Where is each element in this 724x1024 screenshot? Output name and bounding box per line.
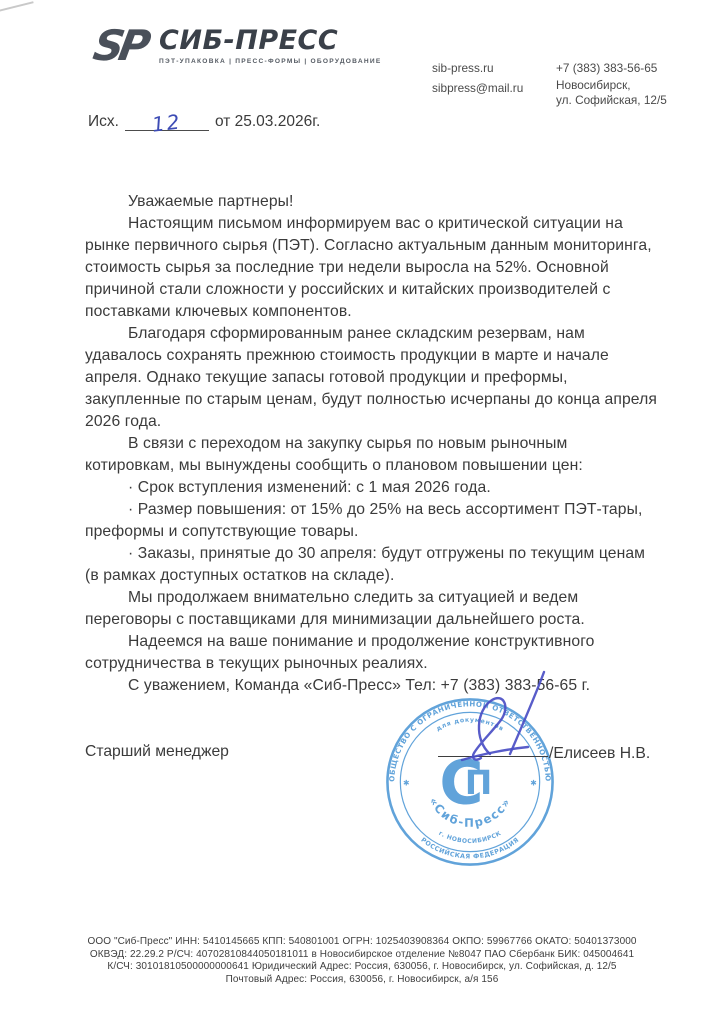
- footer-requisites: ООО "Сиб-Пресс" ИНН: 5410145665 КПП: 540…: [0, 936, 724, 986]
- letter-paragraph: Настоящим письмом информируем вас о крит…: [85, 213, 660, 323]
- letter-body: Уважаемые партнеры! Настоящим письмом ин…: [85, 191, 660, 697]
- footer-line: Почтовый Адрес: Россия, 630056, г. Новос…: [0, 974, 724, 987]
- footer-line: ООО "Сиб-Пресс" ИНН: 5410145665 КПП: 540…: [0, 936, 724, 949]
- stamp-city-text: г. НОВОСИБИРСК: [437, 830, 502, 845]
- letter-paragraph: Благодаря сформированным ранее складским…: [85, 323, 660, 433]
- reference-number-handwritten: 12: [151, 109, 183, 136]
- letter-paragraph: В связи с переходом на закупку сырья по …: [85, 433, 660, 477]
- reference-date: от 25.03.2026г.: [215, 113, 320, 130]
- sp-logo-icon: SP: [90, 26, 148, 66]
- stamp-star-left-icon: ✱: [403, 778, 410, 787]
- company-tagline: ПЭТ-УПАКОВКА | ПРЕСС-ФОРМЫ | ОБОРУДОВАНИ…: [159, 58, 382, 65]
- letter-paragraph: Мы продолжаем внимательно следить за сит…: [85, 587, 660, 631]
- contact-website: sib-press.ru: [432, 58, 523, 78]
- logo-text: СИБ-ПРЕСС ПЭТ-УПАКОВКА | ПРЕСС-ФОРМЫ | О…: [159, 26, 382, 65]
- letter-bullet-item: · Срок вступления изменений: с 1 мая 202…: [85, 477, 660, 499]
- letter-bullet-item: · Размер повышения: от 15% до 25% на вес…: [85, 499, 660, 543]
- contact-email: sibpress@mail.ru: [432, 78, 523, 98]
- company-logo: SP СИБ-ПРЕСС ПЭТ-УПАКОВКА | ПРЕСС-ФОРМЫ …: [94, 26, 382, 66]
- salutation: Уважаемые партнеры!: [85, 191, 660, 213]
- contact-city: Новосибирск,: [556, 78, 667, 93]
- closing-line: С уважением, Команда «Сиб-Пресс» Тел: +7…: [85, 675, 660, 697]
- handwritten-signature-ink: [424, 664, 572, 782]
- scanned-letter-page: SP СИБ-ПРЕСС ПЭТ-УПАКОВКА | ПРЕСС-ФОРМЫ …: [0, 0, 724, 1024]
- contact-phone: +7 (383) 383-56-65: [556, 58, 667, 78]
- footer-line: К/СЧ: 30101810500000000641 Юридический А…: [0, 961, 724, 974]
- footer-line: ОКВЭД: 22.29.2 Р/СЧ: 4070281084405018101…: [0, 949, 724, 962]
- signer-position-title: Старший менеджер: [85, 743, 229, 761]
- letter-bullet-item: · Заказы, принятые до 30 апреля: будут о…: [85, 543, 660, 587]
- reference-label: Исх.: [88, 113, 119, 130]
- contact-address: ул. Софийская, 12/5: [556, 93, 667, 108]
- reference-underline: 12: [125, 112, 209, 131]
- scan-artifact: [0, 1, 34, 13]
- letter-paragraph: Надеемся на ваше понимание и продолжение…: [85, 631, 660, 675]
- company-name: СИБ-ПРЕСС: [159, 26, 382, 56]
- svg-text:г. НОВОСИБИРСК: г. НОВОСИБИРСК: [437, 830, 502, 845]
- reference-line: Исх.12от 25.03.2026г.: [88, 112, 320, 131]
